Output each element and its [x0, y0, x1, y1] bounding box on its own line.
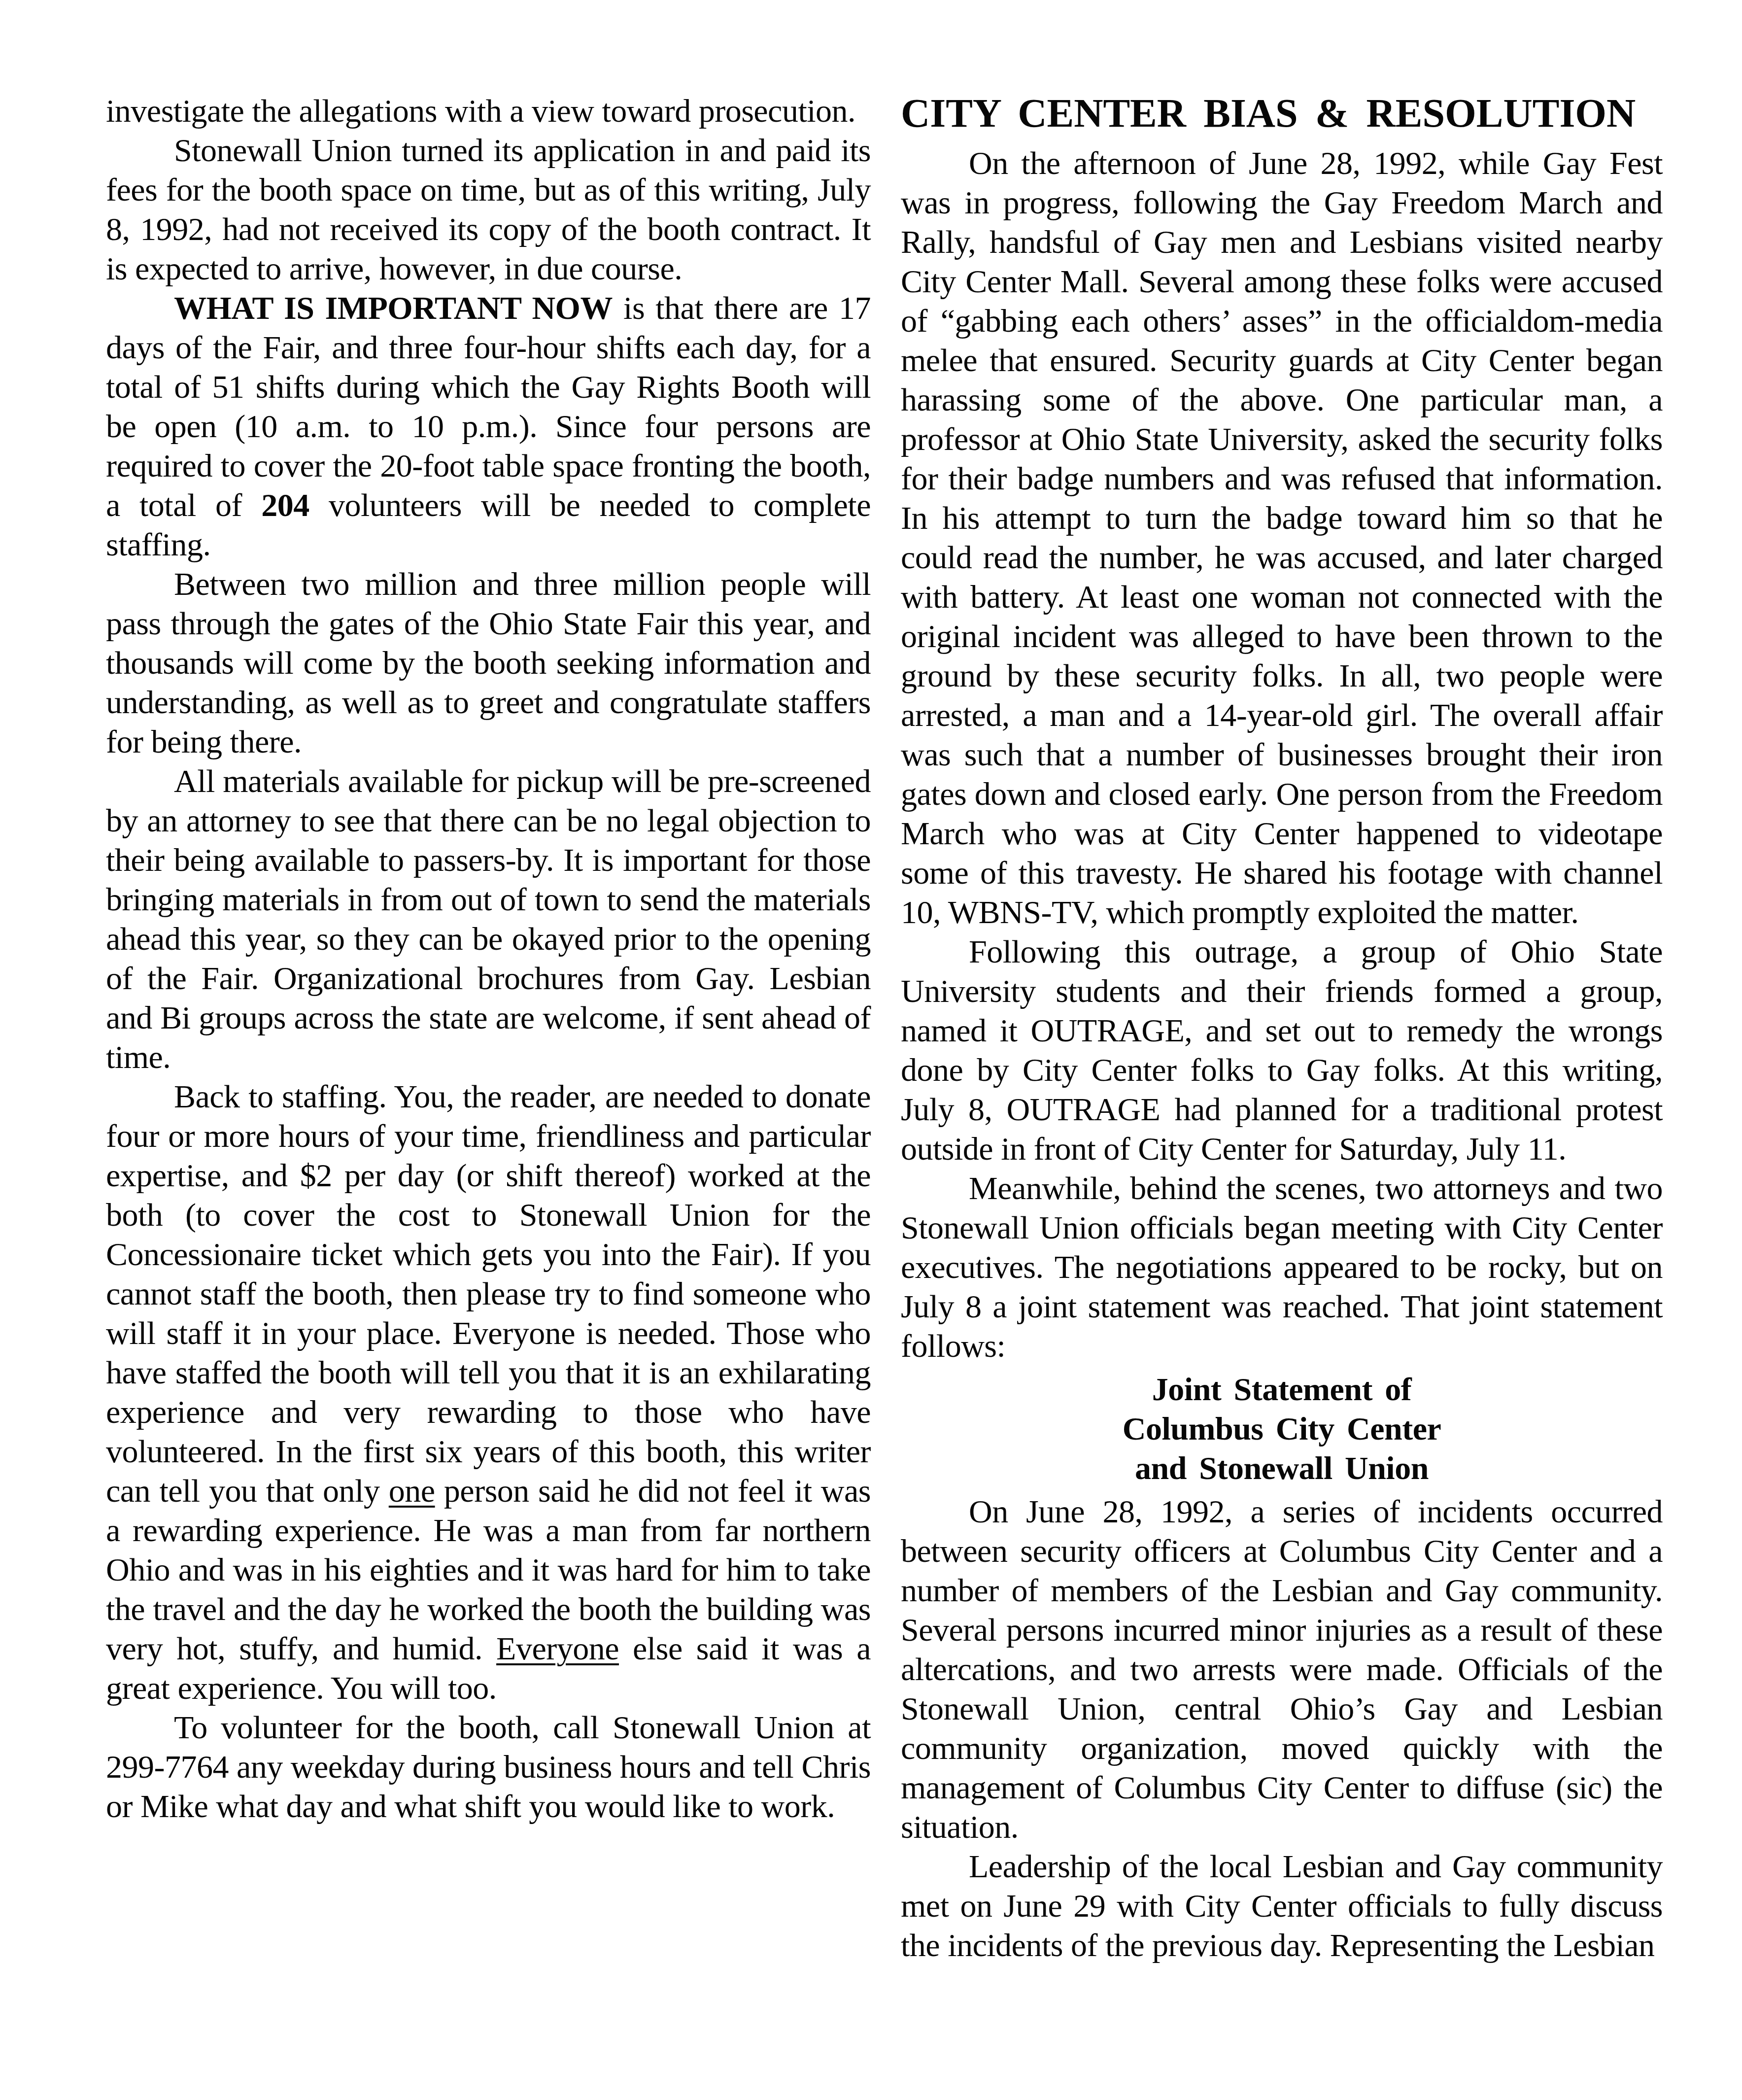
- text-segment: Meanwhile, behind the scenes, two attorn…: [901, 1170, 1663, 1364]
- article-title: CITY CENTER BIAS & RESOLUTION: [901, 92, 1663, 135]
- paragraph: Leadership of the local Lesbian and Gay …: [901, 1847, 1663, 1965]
- joint-statement-subheading: Joint Statement ofColumbus City Centeran…: [901, 1370, 1663, 1488]
- right-column: CITY CENTER BIAS & RESOLUTION On the aft…: [901, 92, 1663, 1965]
- paragraph: Stonewall Union turned its application i…: [106, 131, 871, 289]
- text-segment: All materials available for pickup will …: [106, 763, 871, 1075]
- subheading-line: Joint Statement of: [901, 1370, 1663, 1410]
- paragraph: WHAT IS IMPORTANT NOW is that there are …: [106, 289, 871, 565]
- underlined-text: one: [389, 1473, 435, 1509]
- text-segment: Leadership of the local Lesbian and Gay …: [901, 1849, 1663, 1963]
- text-segment: On the afternoon of June 28, 1992, while…: [901, 145, 1663, 930]
- left-column: investigate the allegations with a view …: [106, 92, 871, 1826]
- paragraph: Meanwhile, behind the scenes, two attorn…: [901, 1169, 1663, 1366]
- paragraph: On the afternoon of June 28, 1992, while…: [901, 144, 1663, 932]
- newsletter-page: investigate the allegations with a view …: [0, 0, 1742, 2100]
- paragraph: Following this outrage, a group of Ohio …: [901, 932, 1663, 1169]
- subheading-line: and Stonewall Union: [901, 1449, 1663, 1488]
- bold-text: WHAT IS IMPORTANT NOW: [174, 290, 613, 326]
- text-segment: On June 28, 1992, a series of incidents …: [901, 1494, 1663, 1845]
- text-segment: Back to staffing. You, the reader, are n…: [106, 1079, 871, 1509]
- right-column-body: On the afternoon of June 28, 1992, while…: [901, 144, 1663, 1965]
- paragraph: To volunteer for the booth, call Stonewa…: [106, 1708, 871, 1826]
- subheading-line: Columbus City Center: [901, 1410, 1663, 1449]
- paragraph: investigate the allegations with a view …: [106, 92, 871, 131]
- text-segment: Stonewall Union turned its application i…: [106, 133, 871, 287]
- paragraph: On June 28, 1992, a series of incidents …: [901, 1492, 1663, 1847]
- paragraph: All materials available for pickup will …: [106, 762, 871, 1077]
- paragraph: Back to staffing. You, the reader, are n…: [106, 1077, 871, 1708]
- text-segment: To volunteer for the booth, call Stonewa…: [106, 1710, 871, 1825]
- underlined-text: Everyone: [496, 1631, 619, 1667]
- text-segment: Following this outrage, a group of Ohio …: [901, 934, 1663, 1167]
- text-segment: Between two million and three million pe…: [106, 566, 871, 760]
- paragraph: Between two million and three million pe…: [106, 565, 871, 762]
- bold-text: 204: [261, 487, 309, 523]
- text-segment: investigate the allegations with a view …: [106, 93, 855, 129]
